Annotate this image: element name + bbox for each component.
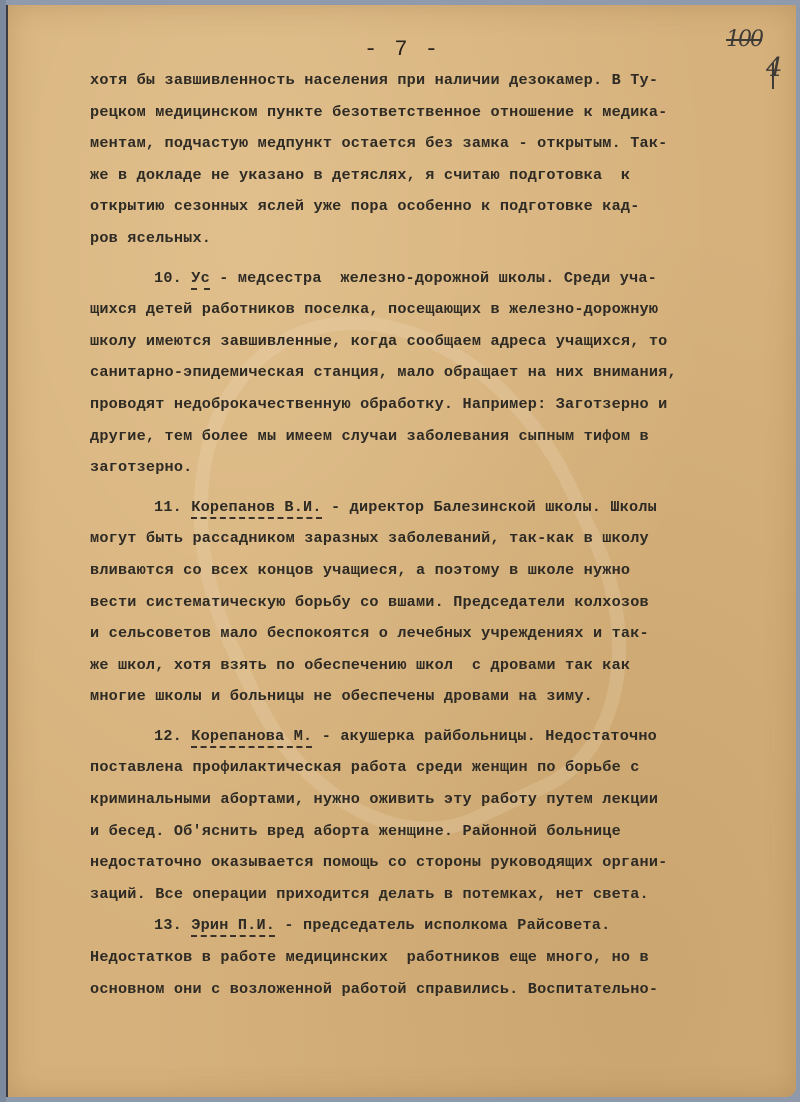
item-heading-rest: - председатель исполкома Райсовета. <box>275 916 610 934</box>
paragraph-item-10: 10. Ус - медсестра железно-дорожной школ… <box>90 263 780 484</box>
text-line: рецком медицинском пункте безответственн… <box>90 97 780 129</box>
text-line: и бесед. Об'яснить вред аборта женщине. … <box>90 816 780 848</box>
document-page: - 7 - 100 4 хотя бы завшивленность насел… <box>6 5 796 1097</box>
text-line: ров ясельных. <box>90 223 780 255</box>
text-line: заций. Все операции приходится делать в … <box>90 879 780 911</box>
text-line: проводят недоброкачественную обработку. … <box>90 389 780 421</box>
paragraph-item-11: 11. Корепанов В.И. - директор Балезинско… <box>90 492 780 713</box>
text-line: основном они с возложенной работой справ… <box>90 974 780 1006</box>
paragraph-item-12: 12. Корепанова М. - акушерка райбольницы… <box>90 721 780 911</box>
item-heading: 12. Корепанова М. - акушерка райбольницы… <box>90 721 780 753</box>
text-line: вливаются со всех концов учащиеся, а поэ… <box>90 555 780 587</box>
item-heading-rest: - акушерка райбольницы. Недостаточно <box>312 727 657 745</box>
text-line: заготзерно. <box>90 452 780 484</box>
text-line: могут быть рассадником заразных заболева… <box>90 523 780 555</box>
text-line: ментам, подчастую медпункт остается без … <box>90 128 780 160</box>
text-line: и сельсоветов мало беспокоятся о лечебны… <box>90 618 780 650</box>
text-line: же школ, хотя взять по обеспечению школ … <box>90 650 780 682</box>
text-line: щихся детей работников поселка, посещающ… <box>90 294 780 326</box>
item-number: 12. <box>154 727 182 745</box>
text-line: открытию сезонных яслей уже пора особенн… <box>90 191 780 223</box>
item-number: 11. <box>154 498 182 516</box>
item-heading: 11. Корепанов В.И. - директор Балезинско… <box>90 492 780 524</box>
text-line: другие, тем более мы имеем случаи заболе… <box>90 421 780 453</box>
text-line: школу имеются завшивленные, когда сообща… <box>90 326 780 358</box>
paragraph-continuation: хотя бы завшивленность населения при нал… <box>90 65 780 255</box>
text-line: вести систематическую борьбу со вшами. П… <box>90 587 780 619</box>
speaker-name: Эрин П.И. <box>191 916 275 937</box>
page-number: - 7 - <box>8 37 796 62</box>
text-line: поставлена профилактическая работа среди… <box>90 752 780 784</box>
text-line: же в докладе не указано в детяслях, я сч… <box>90 160 780 192</box>
text-line: хотя бы завшивленность населения при нал… <box>90 65 780 97</box>
item-heading: 10. Ус - медсестра железно-дорожной школ… <box>90 263 780 295</box>
item-heading-rest: - директор Балезинской школы. Школы <box>322 498 657 516</box>
text-line: криминальными абортами, нужно оживить эт… <box>90 784 780 816</box>
item-number: 10. <box>154 269 182 287</box>
handwritten-struck-number: 100 <box>726 27 762 52</box>
speaker-name: Корепанов В.И. <box>191 498 321 519</box>
text-line: многие школы и больницы не обеспечены др… <box>90 681 780 713</box>
typewritten-body: хотя бы завшивленность населения при нал… <box>90 65 780 1005</box>
text-line: Недостатков в работе медицинских работни… <box>90 942 780 974</box>
item-number: 13. <box>154 916 182 934</box>
speaker-name: Корепанова М. <box>191 727 312 748</box>
item-heading: 13. Эрин П.И. - председатель исполкома Р… <box>90 910 780 942</box>
paragraph-item-13: 13. Эрин П.И. - председатель исполкома Р… <box>90 910 780 1005</box>
text-line: недостаточно оказывается помощь со сторо… <box>90 847 780 879</box>
item-heading-rest: - медсестра железно-дорожной школы. Сред… <box>210 269 657 287</box>
text-line: санитарно-эпидемическая станция, мало об… <box>90 357 780 389</box>
speaker-name: Ус <box>191 269 210 290</box>
